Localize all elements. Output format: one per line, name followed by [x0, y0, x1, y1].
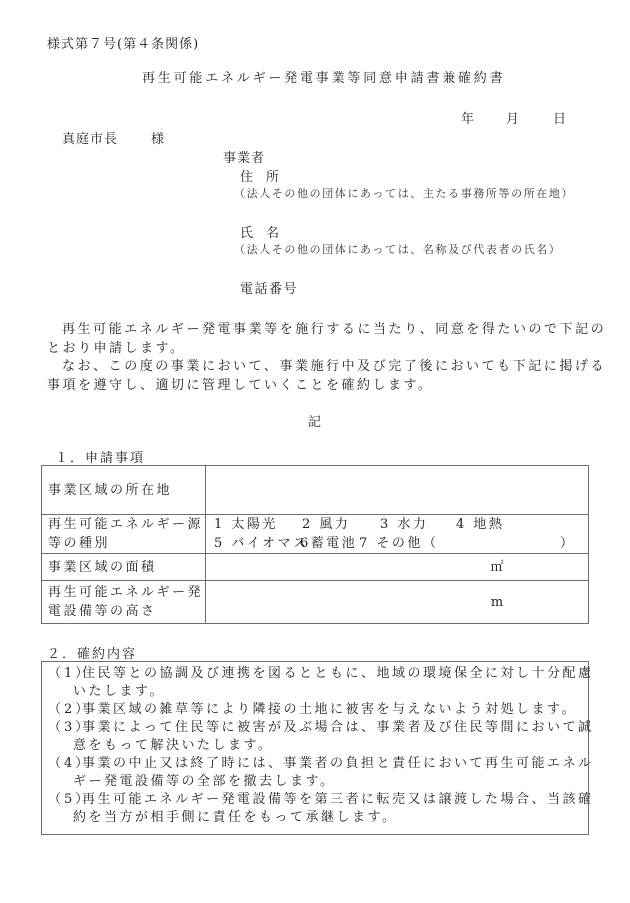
pledge-line: いたします。: [73, 683, 588, 701]
option-hydro[interactable]: 3 水力: [380, 515, 428, 534]
pledge-line: 意をもって解決いたします。: [73, 737, 588, 755]
table-row-area: 事業区域の面積 ㎡: [42, 554, 589, 581]
option-storage-battery[interactable]: 6蓄電池: [300, 534, 357, 553]
application-table: 事業区域の所在地 再生可能エネルギー源 等の種別 1 太陽光 2 風力 3 水力…: [41, 465, 589, 624]
form-number: 様式第７号(第４条関係): [47, 33, 199, 52]
pledge-line: 約を当方が相手側に責任をもって承継します。: [73, 809, 588, 827]
section1-heading: １．申請事項: [55, 447, 145, 466]
body-para2-line2: 事項を遵守し、適切に管理していくことを確約します。: [47, 374, 433, 393]
pledge-box: （1） 住民等との協調及び連携を図るとともに、地域の環境保全に対し十分配慮 いた…: [41, 661, 589, 835]
addressee-name: 真庭市長: [62, 128, 118, 147]
option-wind[interactable]: 2 風力: [302, 515, 350, 534]
area-value-field[interactable]: ㎡: [206, 554, 589, 581]
energy-type-label: 再生可能エネルギー源 等の種別: [42, 515, 206, 554]
option-solar[interactable]: 1 太陽光: [214, 515, 278, 534]
applicant-heading: 事業者: [223, 147, 265, 166]
name-note: （法人その他の団体にあっては、名称及び代表者の氏名）: [234, 241, 562, 257]
pledge-item-2: （2） 事業区域の雑草等により隣接の土地に被害を与えないよう対処します。: [42, 701, 588, 719]
pledge-line: 住民等との協調及び連携を図るとともに、地域の環境保全に対し十分配慮: [82, 665, 588, 683]
pledge-item-5: （5） 再生可能エネルギー発電設備等を第三者に転売又は譲渡した場合、当該確 約を…: [42, 791, 588, 827]
addressee-honorific: 様: [151, 128, 164, 147]
location-label: 事業区域の所在地: [42, 466, 206, 515]
location-label-text: 事業区域の所在地: [48, 483, 172, 498]
body-para2-line1: なお、この度の事業において、事業施行中及び完了後においても下記に掲げる: [62, 355, 606, 374]
option-other-close-paren: ）: [560, 534, 576, 553]
energy-type-options-line1: 1 太陽光 2 風力 3 水力 4 地熱: [214, 515, 588, 534]
ki-heading: 記: [308, 411, 321, 430]
energy-type-label-line2: 等の種別: [48, 534, 205, 553]
height-unit: m: [491, 595, 503, 610]
pledge-item-3: （3） 事業によって住民等に被害が及ぶ場合は、事業者及び住民等間において誠 意を…: [42, 719, 588, 755]
phone-label: 電話番号: [240, 278, 298, 297]
energy-type-options: 1 太陽光 2 風力 3 水力 4 地熱 5 バイオマス 6蓄電池 7 その他（…: [206, 515, 589, 554]
area-label: 事業区域の面積: [42, 554, 206, 581]
option-other[interactable]: 7 その他（: [359, 534, 438, 553]
pledge-number: （2）: [48, 701, 91, 719]
height-label-line1: 再生可能エネルギー発: [48, 583, 205, 602]
table-row-height: 再生可能エネルギー発 電設備等の高さ m: [42, 581, 589, 624]
height-label-line2: 電設備等の高さ: [48, 602, 205, 621]
pledge-item-4: （4） 事業の中止又は終了時には、事業者の負担と責任において再生可能エネル ギー…: [42, 755, 588, 791]
pledge-number: （1）: [48, 665, 91, 683]
table-row-energy-type: 再生可能エネルギー源 等の種別 1 太陽光 2 風力 3 水力 4 地熱 5 バ…: [42, 515, 589, 554]
pledge-number: （5）: [48, 791, 91, 809]
pledge-line: 事業によって住民等に被害が及ぶ場合は、事業者及び住民等間において誠: [82, 719, 588, 737]
option-biomass[interactable]: 5 バイオマス: [214, 534, 309, 553]
location-value-field[interactable]: [206, 466, 589, 515]
area-label-text: 事業区域の面積: [48, 560, 157, 575]
address-note: （法人その他の団体にあっては、主たる事務所等の所在地）: [234, 185, 574, 201]
energy-type-options-line2: 5 バイオマス 6蓄電池 7 その他（ ）: [214, 534, 588, 553]
pledge-line: 事業区域の雑草等により隣接の土地に被害を与えないよう対処します。: [82, 701, 588, 719]
pledge-number: （3）: [48, 719, 91, 737]
pledge-item-1: （1） 住民等との協調及び連携を図るとともに、地域の環境保全に対し十分配慮 いた…: [42, 665, 588, 701]
pledge-line: ギー発電設備等の全部を撤去します。: [73, 773, 588, 791]
date-day-label: 日: [553, 108, 566, 127]
option-geothermal[interactable]: 4 地熱: [456, 515, 504, 534]
address-label: 住 所: [240, 166, 279, 185]
body-para1-line1: 再生可能エネルギー発電事業等を施行するに当たり、同意を得たいので下記の: [62, 318, 606, 337]
pledge-line: 再生可能エネルギー発電設備等を第三者に転売又は譲渡した場合、当該確: [82, 791, 588, 809]
date-year-label: 年: [461, 108, 474, 127]
pledge-number: （4）: [48, 755, 91, 773]
page-title: 再生可能エネルギー発電事業等同意申請書兼確約書: [142, 67, 505, 86]
pledge-list: （1） 住民等との協調及び連携を図るとともに、地域の環境保全に対し十分配慮 いた…: [42, 662, 588, 827]
body-para1-line2: とおり申請します。: [47, 337, 185, 356]
height-value-field[interactable]: m: [206, 581, 589, 624]
section2-heading: ２．確約内容: [47, 643, 137, 662]
name-label: 氏 名: [240, 222, 279, 241]
pledge-line: 事業の中止又は終了時には、事業者の負担と責任において再生可能エネル: [82, 755, 588, 773]
table-row-location: 事業区域の所在地: [42, 466, 589, 515]
energy-type-label-line1: 再生可能エネルギー源: [48, 515, 205, 534]
height-label: 再生可能エネルギー発 電設備等の高さ: [42, 581, 206, 624]
date-month-label: 月: [506, 108, 519, 127]
area-unit: ㎡: [490, 560, 503, 575]
